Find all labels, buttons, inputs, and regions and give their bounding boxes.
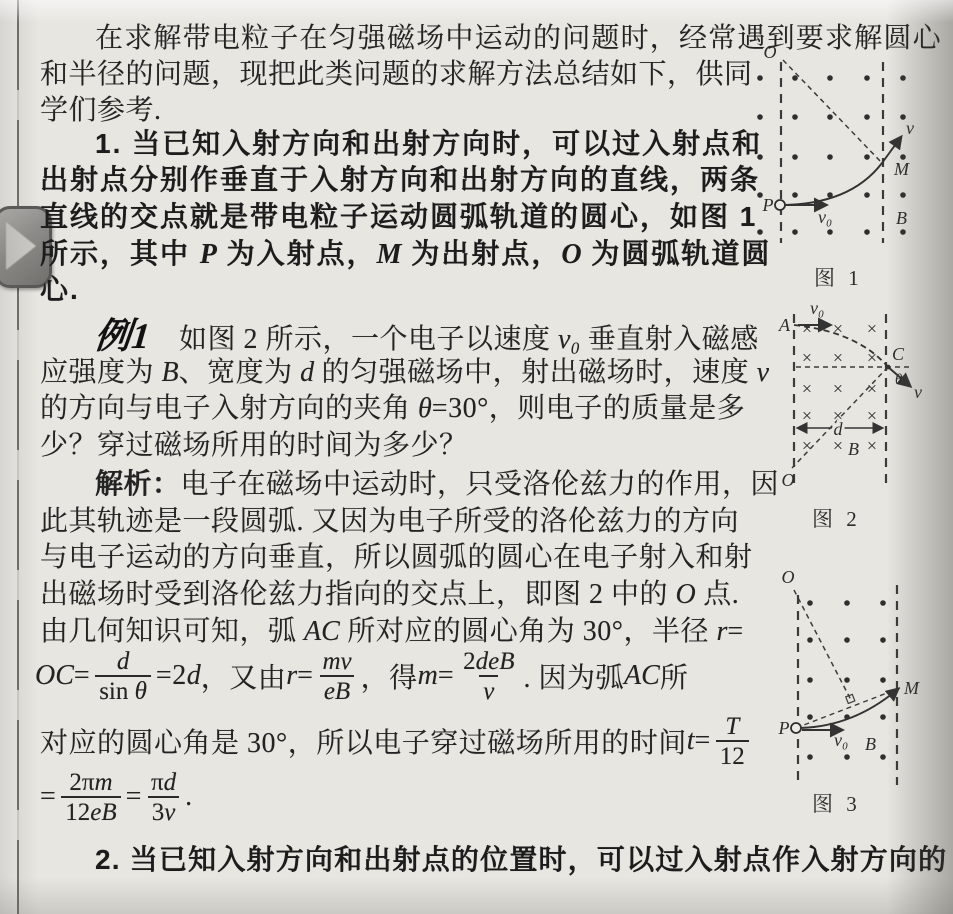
entry-point-P — [775, 200, 785, 210]
text-line-21: 2. 当已知入射方向和出射点的位置时，可以过入射点作入射方向的 — [95, 838, 947, 878]
text-line-07: 所示，其中 P 为入射点，M 为出射点，O 为圆弧轨道圆 — [40, 232, 771, 272]
text-line-10: 应强度为 B、宽度为 d 的匀强磁场中，射出磁场时，速度 v — [40, 350, 769, 390]
label-P: P — [762, 195, 774, 215]
svg-text:×: × — [867, 436, 877, 456]
svg-text:×: × — [802, 348, 812, 368]
perpendicular-bisector-line — [794, 590, 852, 702]
label-P: P — [778, 718, 790, 738]
label-O: O — [764, 42, 777, 62]
right-angle-mark — [846, 694, 855, 703]
label-M: M — [903, 678, 920, 698]
text-line-02: 和半径的问题，现把此类问题的求解方法总结如下，供同 — [40, 52, 753, 92]
page-edge-strip — [0, 0, 17, 914]
label-O: O — [782, 470, 795, 490]
formula-line-18: OC=dsin θ=2d，又由 r=mveB，得 m=2deBv. 因为弧 AC… — [35, 645, 688, 707]
label-d: d — [834, 419, 844, 439]
text-line-14: 此其轨迹是一段圆弧. 又因为电子所受的洛伦兹力的方向 — [40, 499, 739, 539]
svg-text:×: × — [802, 406, 812, 426]
svg-text:×: × — [802, 319, 812, 339]
svg-text:×: × — [833, 319, 843, 339]
text-line-08: 心. — [40, 268, 80, 308]
exit-point-C — [886, 365, 891, 370]
figure-3-caption: 图 3 — [812, 792, 861, 816]
svg-text:×: × — [833, 348, 843, 368]
text-line-12: 少？穿过磁场所用的时间为多少？ — [40, 423, 468, 463]
label-v0: v₀ — [810, 298, 824, 318]
text-line-04: 1. 当已知入射方向和出射方向时，可以过入射点和 — [95, 122, 762, 162]
label-B: B — [865, 734, 876, 754]
svg-text:×: × — [802, 379, 812, 399]
label-O: O — [782, 568, 795, 587]
figure-1-magnetic-field-out-of-page: O P M v v₀ B 图 1 — [748, 42, 953, 300]
text-line-16: 出磁场时受到洛伦兹力指向的交点上，即图 2 中的 O 点. — [40, 572, 739, 612]
label-v0: v₀ — [834, 730, 848, 750]
label-B: B — [848, 439, 859, 459]
svg-text:×: × — [867, 406, 877, 426]
binder-clip-highlight — [6, 222, 36, 270]
text-line-06: 直线的交点就是带电粒子运动圆弧轨道的圆心，如图 1 — [40, 195, 757, 235]
figure-3-magnetic-field-out-of-page: O P M v₀ B 图 3 — [748, 568, 953, 836]
formula-line-20: =2πm12eB=πd3v. — [40, 768, 193, 826]
svg-text:×: × — [867, 348, 877, 368]
label-v0: v₀ — [818, 207, 832, 227]
text-line-15: 与电子运动的方向垂直，所以圆弧的圆心在电子射入和射 — [40, 535, 753, 575]
text-line-05: 出射点分别作垂直于入射方向和出射方向的直线，两条 — [40, 158, 760, 198]
label-B: B — [896, 208, 907, 228]
label-v: v — [906, 118, 914, 138]
formula-line-19: 对应的圆心角是 30°，所以电子穿过磁场所用的时间 t=T12 — [40, 712, 754, 770]
figure-1-caption: 图 1 — [814, 266, 863, 290]
label-C: C — [892, 344, 905, 364]
label-v: v — [914, 382, 922, 402]
label-theta: θ — [895, 372, 903, 388]
page-fold-line — [17, 0, 19, 914]
entry-point-P — [791, 723, 801, 733]
text-line-13: 解析：电子在磁场中运动时，只受洛伦兹力的作用，因 — [95, 462, 779, 502]
text-line-11: 的方向与电子入射方向的夹角 θ=30°，则电子的质量是多 — [40, 386, 745, 426]
svg-text:×: × — [833, 379, 843, 399]
text-line-17: 由几何知识可知，弧 AC 所对应的圆心角为 30°，半径 r= — [40, 609, 744, 649]
label-M: M — [893, 159, 910, 179]
figure-2-magnetic-field-into-page: ××××××××××××××× A v₀ C θ v O d B 图 2 — [748, 298, 953, 546]
figure-2-caption: 图 2 — [812, 507, 861, 531]
svg-text:×: × — [867, 319, 877, 339]
label-A: A — [778, 315, 791, 335]
scanned-textbook-page: 在求解带电粒子在匀强磁场中运动的问题时，经常遇到要求解圆心 和半径的问题，现把此… — [0, 0, 953, 914]
